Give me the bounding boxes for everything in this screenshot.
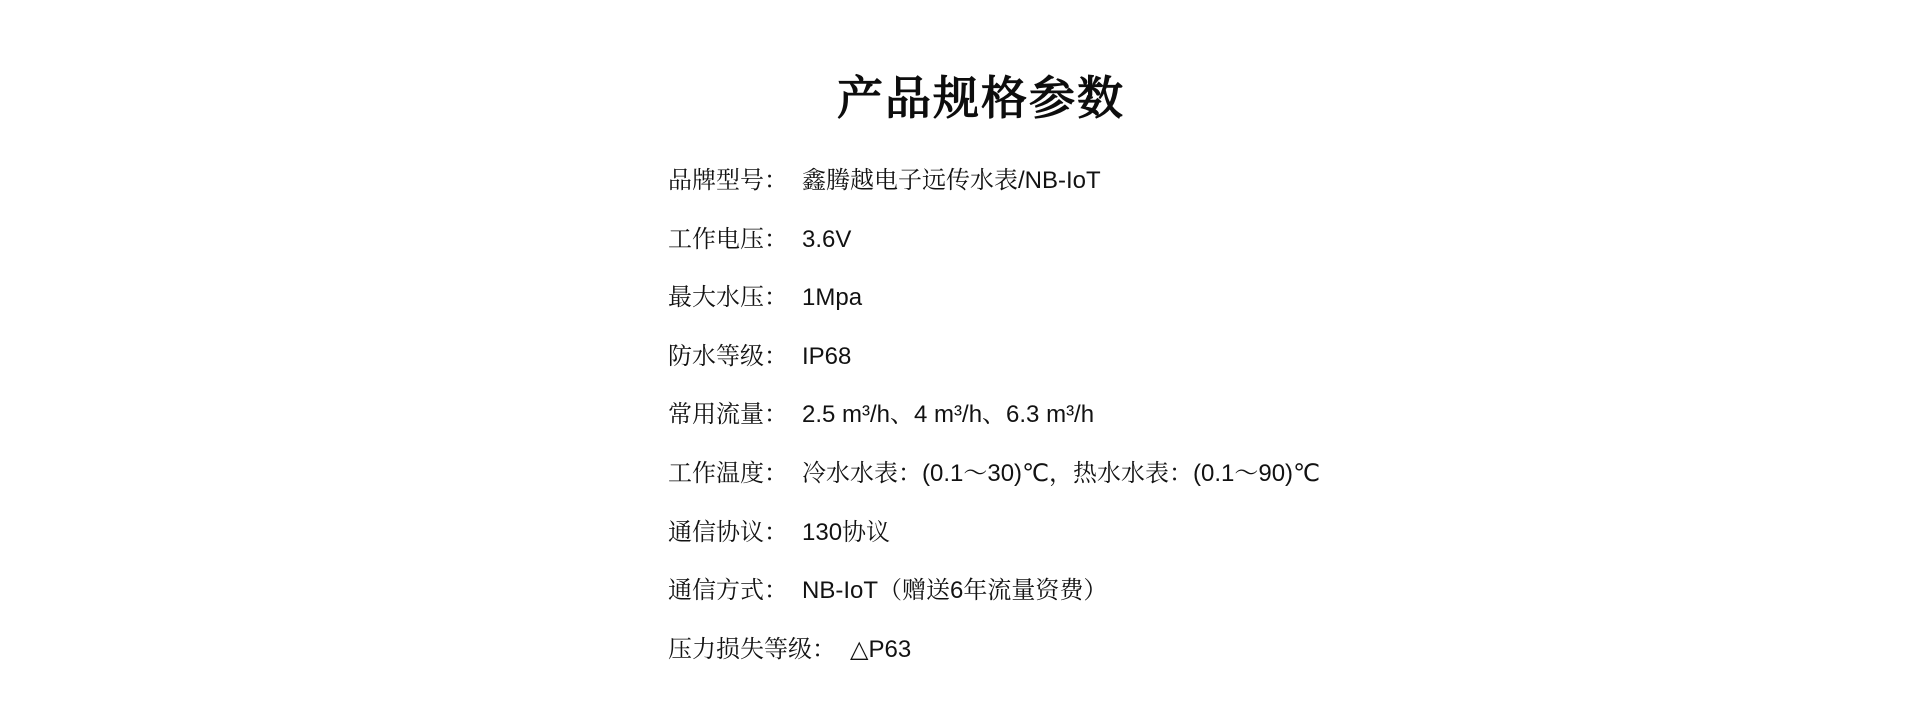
spec-label: 常用流量： (668, 386, 788, 445)
spec-value: 3.6V (802, 211, 851, 270)
spec-value: 鑫腾越电子远传水表/NB-IoT (802, 152, 1101, 211)
spec-label: 通信方式： (668, 562, 788, 621)
spec-row-waterproof-rating: 防水等级：IP68 (668, 328, 1320, 387)
spec-value: △P63 (850, 621, 911, 680)
spec-label: 通信协议： (668, 504, 788, 563)
spec-value: 冷水水表：(0.1～30)℃，热水水表：(0.1～90)℃ (802, 445, 1320, 504)
spec-row-working-temperature: 工作温度：冷水水表：(0.1～30)℃，热水水表：(0.1～90)℃ (668, 445, 1320, 504)
spec-value: 130协议 (802, 504, 890, 563)
spec-label: 工作电压： (668, 211, 788, 270)
spec-row-communication-mode: 通信方式：NB-IoT（赠送6年流量资费） (668, 562, 1320, 621)
spec-row-communication-protocol: 通信协议：130协议 (668, 504, 1320, 563)
product-spec-page: 产品规格参数 品牌型号：鑫腾越电子远传水表/NB-IoT 工作电压：3.6V 最… (0, 0, 1920, 704)
page-title: 产品规格参数 (837, 62, 1125, 128)
spec-row-common-flow-rate: 常用流量：2.5 m³/h、4 m³/h、6.3 m³/h (668, 386, 1320, 445)
spec-label: 防水等级： (668, 328, 788, 387)
spec-value: 2.5 m³/h、4 m³/h、6.3 m³/h (802, 386, 1094, 445)
spec-row-working-voltage: 工作电压：3.6V (668, 211, 1320, 270)
spec-list: 品牌型号：鑫腾越电子远传水表/NB-IoT 工作电压：3.6V 最大水压：1Mp… (668, 152, 1320, 679)
spec-label: 压力损失等级： (668, 621, 836, 680)
spec-label: 工作温度： (668, 445, 788, 504)
spec-row-brand-model: 品牌型号：鑫腾越电子远传水表/NB-IoT (668, 152, 1320, 211)
spec-value: NB-IoT（赠送6年流量资费） (802, 562, 1107, 621)
spec-row-pressure-loss-class: 压力损失等级：△P63 (668, 621, 1320, 680)
spec-label: 品牌型号： (668, 152, 788, 211)
spec-label: 最大水压： (668, 269, 788, 328)
spec-row-max-water-pressure: 最大水压：1Mpa (668, 269, 1320, 328)
spec-value: 1Mpa (802, 269, 862, 328)
spec-value: IP68 (802, 328, 851, 387)
